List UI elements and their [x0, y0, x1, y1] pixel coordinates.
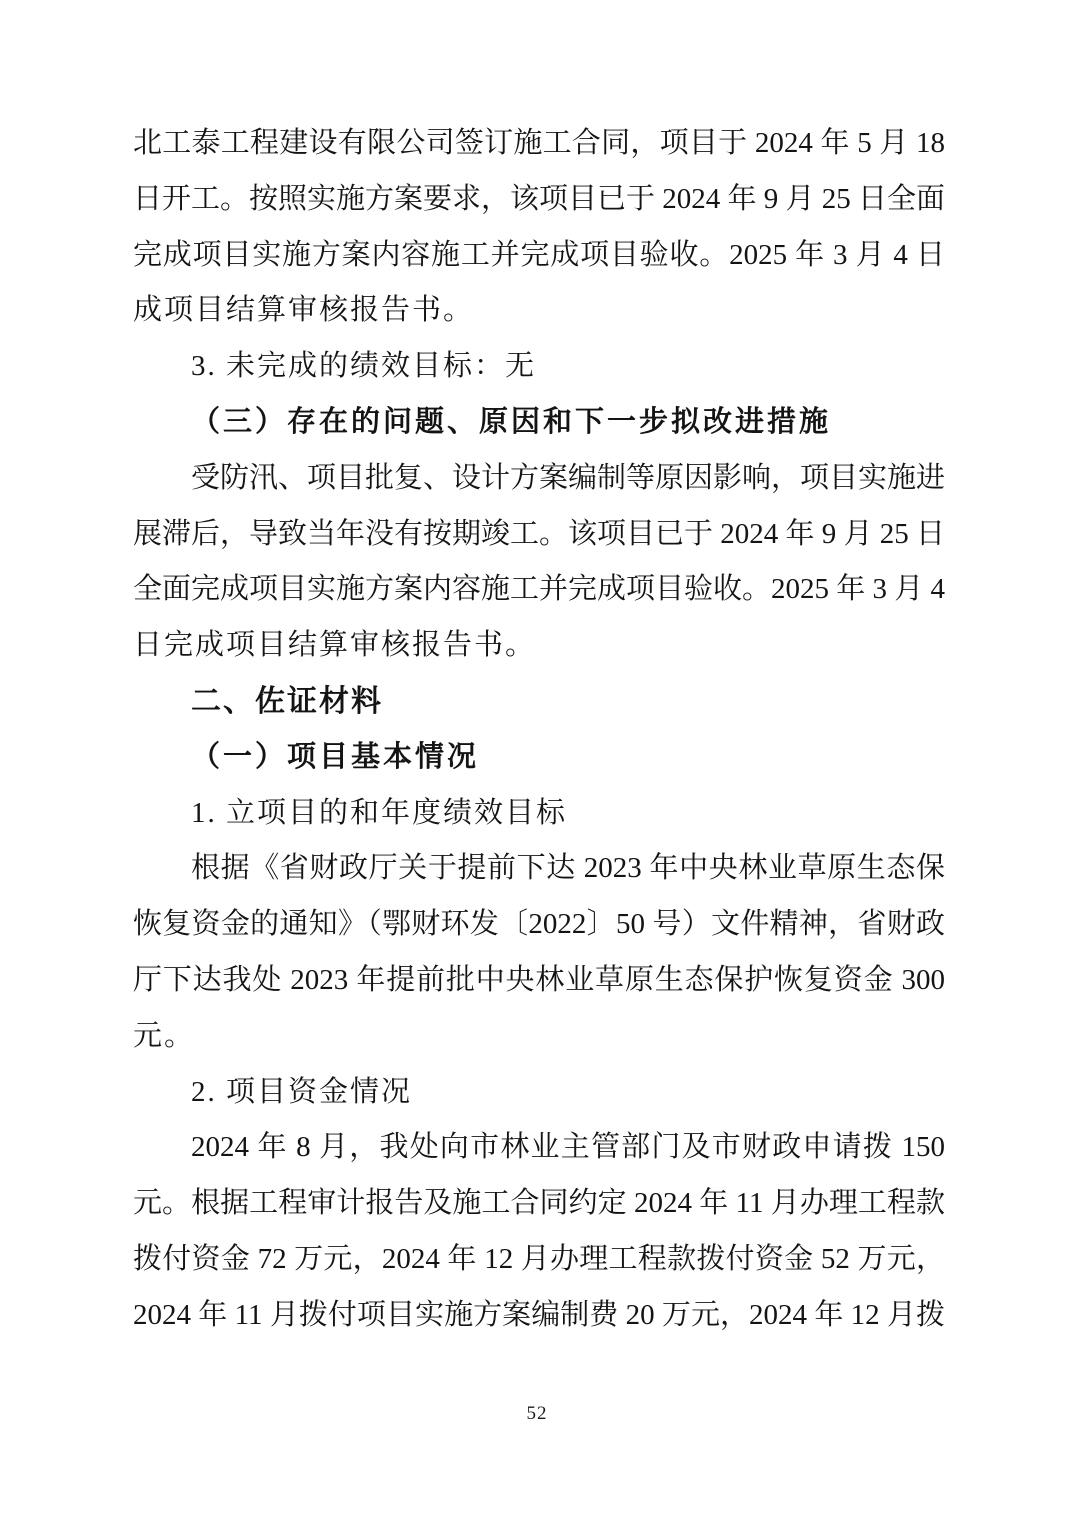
- subsection-heading: （三）存在的问题、原因和下一步拟改进措施: [133, 395, 945, 451]
- text-line: 成项目结算审核报告书。: [133, 283, 945, 339]
- page-number: 52: [527, 1403, 548, 1424]
- text-line: 恢复资金的通知》（鄂财环发〔2022〕50 号）文件精神，省财政: [133, 897, 945, 953]
- text-line: 元。: [133, 1009, 945, 1065]
- text-line: 2024 年 8 月，我处向市林业主管部门及市财政申请拨 150 万: [133, 1120, 945, 1176]
- text-line: 3. 未完成的绩效目标：无: [133, 339, 945, 395]
- text-line: 2024 年 11 月拨付项目实施方案编制费 20 万元，2024 年 12 月…: [133, 1288, 945, 1344]
- text-line: 日开工。按照实施方案要求，该项目已于 2024 年 9 月 25 日全面: [133, 172, 945, 228]
- text-line: 完成项目实施方案内容施工并完成项目验收。2025 年 3 月 4 日完: [133, 228, 945, 284]
- text-line: 拨付资金 72 万元，2024 年 12 月办理工程款拨付资金 52 万元，: [133, 1232, 945, 1288]
- document-page: 北工泰工程建设有限公司签订施工合同，项目于 2024 年 5 月 18日开工。按…: [0, 0, 1074, 1520]
- subsection-heading: （一）项目基本情况: [133, 730, 945, 786]
- text-line: 1. 立项目的和年度绩效目标: [133, 786, 945, 842]
- document-body: 北工泰工程建设有限公司签订施工合同，项目于 2024 年 5 月 18日开工。按…: [133, 116, 945, 1344]
- text-line: 北工泰工程建设有限公司签订施工合同，项目于 2024 年 5 月 18: [133, 116, 945, 172]
- text-line: 2. 项目资金情况: [133, 1065, 945, 1121]
- text-line: 展滞后，导致当年没有按期竣工。该项目已于 2024 年 9 月 25 日: [133, 507, 945, 563]
- text-line: 日完成项目结算审核报告书。: [133, 618, 945, 674]
- text-line: 根据《省财政厅关于提前下达 2023 年中央林业草原生态保护: [133, 841, 945, 897]
- text-line: 全面完成项目实施方案内容施工并完成项目验收。2025 年 3 月 4: [133, 562, 945, 618]
- text-line: 受防汛、项目批复、设计方案编制等原因影响，项目实施进: [133, 451, 945, 507]
- text-line: 厅下达我处 2023 年提前批中央林业草原生态保护恢复资金 300 万: [133, 953, 945, 1009]
- page-footer: 52: [0, 1403, 1074, 1425]
- section-heading: 二、佐证材料: [133, 674, 945, 730]
- text-line: 元。根据工程审计报告及施工合同约定 2024 年 11 月办理工程款: [133, 1176, 945, 1232]
